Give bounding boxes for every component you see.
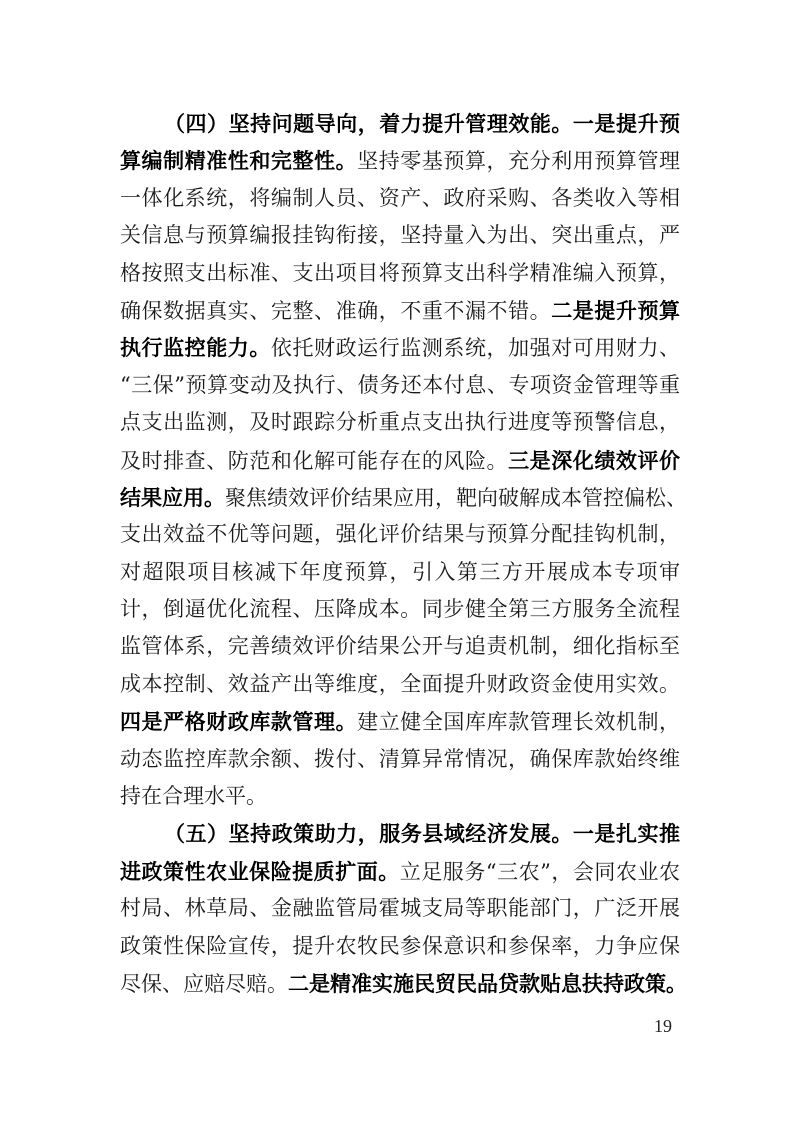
- text-line: 监管体系，完善绩效评价结果公开与追责机制，细化指标至: [120, 628, 680, 665]
- body-text: 及时排查、防范和化解可能存在的风险。: [120, 449, 508, 473]
- text-line: 对超限项目核减下年度预算，引入第三方开展成本专项审: [120, 554, 680, 591]
- bold-heading-text: 二是提升预算: [551, 298, 680, 323]
- body-text: 村局、林草局、金融监管局霍城支局等职能部门，广泛开展: [120, 896, 680, 920]
- page-number: 19: [654, 1016, 672, 1037]
- bold-heading-text: 二是精准实施民贸民品贷款贴息扶持政策。: [288, 971, 687, 996]
- bold-heading-text: （五）坚持政策助力，服务县域经济发展。一是扎实推: [164, 821, 680, 846]
- body-text: 持在合理水平。: [120, 784, 267, 808]
- text-line: 计，倒逼优化流程、压降成本。同步健全第三方服务全流程: [120, 591, 680, 628]
- body-text: 格按照支出标准、支出项目将预算支出科学精准编入预算，: [120, 261, 680, 285]
- text-line: 四是严格财政库款管理。建立健全国库库款管理长效机制，: [120, 703, 680, 740]
- bold-heading-text: 执行监控能力。: [120, 335, 271, 360]
- body-text: 立足服务“三农”，会同农业农: [400, 860, 680, 884]
- body-text: “三保”预算变动及执行、债务还本付息、专项资金管理等重: [120, 373, 680, 397]
- text-line: 成本控制、效益产出等维度，全面提升财政资金使用实效。: [120, 666, 680, 703]
- body-text: 点支出监测，及时跟踪分析重点支出执行进度等预警信息，: [120, 410, 680, 434]
- body-text: 计，倒逼优化流程、压降成本。同步健全第三方服务全流程: [120, 597, 680, 621]
- text-line: （四）坚持问题导向，着力提升管理效能。一是提升预: [120, 105, 680, 142]
- text-line: （五）坚持政策助力，服务县域经济发展。一是扎实推: [120, 815, 680, 852]
- text-line: 动态监控库款余额、拨付、清算异常情况，确保库款始终维: [120, 741, 680, 778]
- text-line: 点支出监测，及时跟踪分析重点支出执行进度等预警信息，: [120, 404, 680, 441]
- text-line: 算编制精准性和完整性。坚持零基预算，充分利用预算管理: [120, 142, 680, 179]
- body-text: 确保数据真实、完整、准确，不重不漏不错。: [120, 299, 551, 323]
- bold-heading-text: 算编制精准性和完整性。: [120, 148, 357, 173]
- body-text: 对超限项目核减下年度预算，引入第三方开展成本专项审: [120, 560, 680, 584]
- bold-heading-text: 四是严格财政库款管理。: [120, 709, 357, 734]
- body-text: 关信息与预算编报挂钩衔接，坚持量入为出、突出重点，严: [120, 223, 680, 247]
- text-line: 支出效益不优等问题，强化评价结果与预算分配挂钩机制，: [120, 516, 680, 553]
- bold-heading-text: 结果应用。: [120, 485, 225, 510]
- bold-heading-text: （四）坚持问题导向，着力提升管理效能。一是提升预: [164, 111, 680, 136]
- text-line: 尽保、应赔尽赔。二是精准实施民贸民品贷款贴息扶持政策。: [120, 965, 680, 1002]
- text-line: 确保数据真实、完整、准确，不重不漏不错。二是提升预算: [120, 292, 680, 329]
- text-line: 格按照支出标准、支出项目将预算支出科学精准编入预算，: [120, 255, 680, 292]
- body-text: 成本控制、效益产出等维度，全面提升财政资金使用实效。: [120, 672, 680, 696]
- body-text: 建立健全国库库款管理长效机制，: [357, 710, 680, 734]
- body-text: 依托财政运行监测系统，加强对可用财力、: [271, 336, 680, 360]
- text-line: 政策性保险宣传，提升农牧民参保意识和参保率，力争应保: [120, 928, 680, 965]
- text-line: 村局、林草局、金融监管局霍城支局等职能部门，广泛开展: [120, 890, 680, 927]
- text-line: 持在合理水平。: [120, 778, 680, 815]
- text-line: 执行监控能力。依托财政运行监测系统，加强对可用财力、: [120, 329, 680, 366]
- text-line: 关信息与预算编报挂钩衔接，坚持量入为出、突出重点，严: [120, 217, 680, 254]
- document-body: （四）坚持问题导向，着力提升管理效能。一是提升预算编制精准性和完整性。坚持零基预…: [120, 105, 680, 1002]
- body-text: 聚焦绩效评价结果应用，靶向破解成本管控偏松、: [225, 486, 687, 510]
- body-text: 政策性保险宣传，提升农牧民参保意识和参保率，力争应保: [120, 934, 680, 958]
- text-line: “三保”预算变动及执行、债务还本付息、专项资金管理等重: [120, 367, 680, 404]
- body-text: 一体化系统，将编制人员、资产、政府采购、各类收入等相: [120, 186, 680, 210]
- text-line: 及时排查、防范和化解可能存在的风险。三是深化绩效评价: [120, 442, 680, 479]
- text-line: 结果应用。聚焦绩效评价结果应用，靶向破解成本管控偏松、: [120, 479, 680, 516]
- body-text: 尽保、应赔尽赔。: [120, 972, 288, 996]
- bold-heading-text: 三是深化绩效评价: [508, 448, 680, 473]
- body-text: 坚持零基预算，充分利用预算管理: [357, 149, 680, 173]
- text-line: 一体化系统，将编制人员、资产、政府采购、各类收入等相: [120, 180, 680, 217]
- text-line: 进政策性农业保险提质扩面。立足服务“三农”，会同农业农: [120, 853, 680, 890]
- body-text: 支出效益不优等问题，强化评价结果与预算分配挂钩机制，: [120, 522, 680, 546]
- body-text: 监管体系，完善绩效评价结果公开与追责机制，细化指标至: [120, 634, 680, 658]
- bold-heading-text: 进政策性农业保险提质扩面。: [120, 859, 400, 884]
- body-text: 动态监控库款余额、拨付、清算异常情况，确保库款始终维: [120, 747, 680, 771]
